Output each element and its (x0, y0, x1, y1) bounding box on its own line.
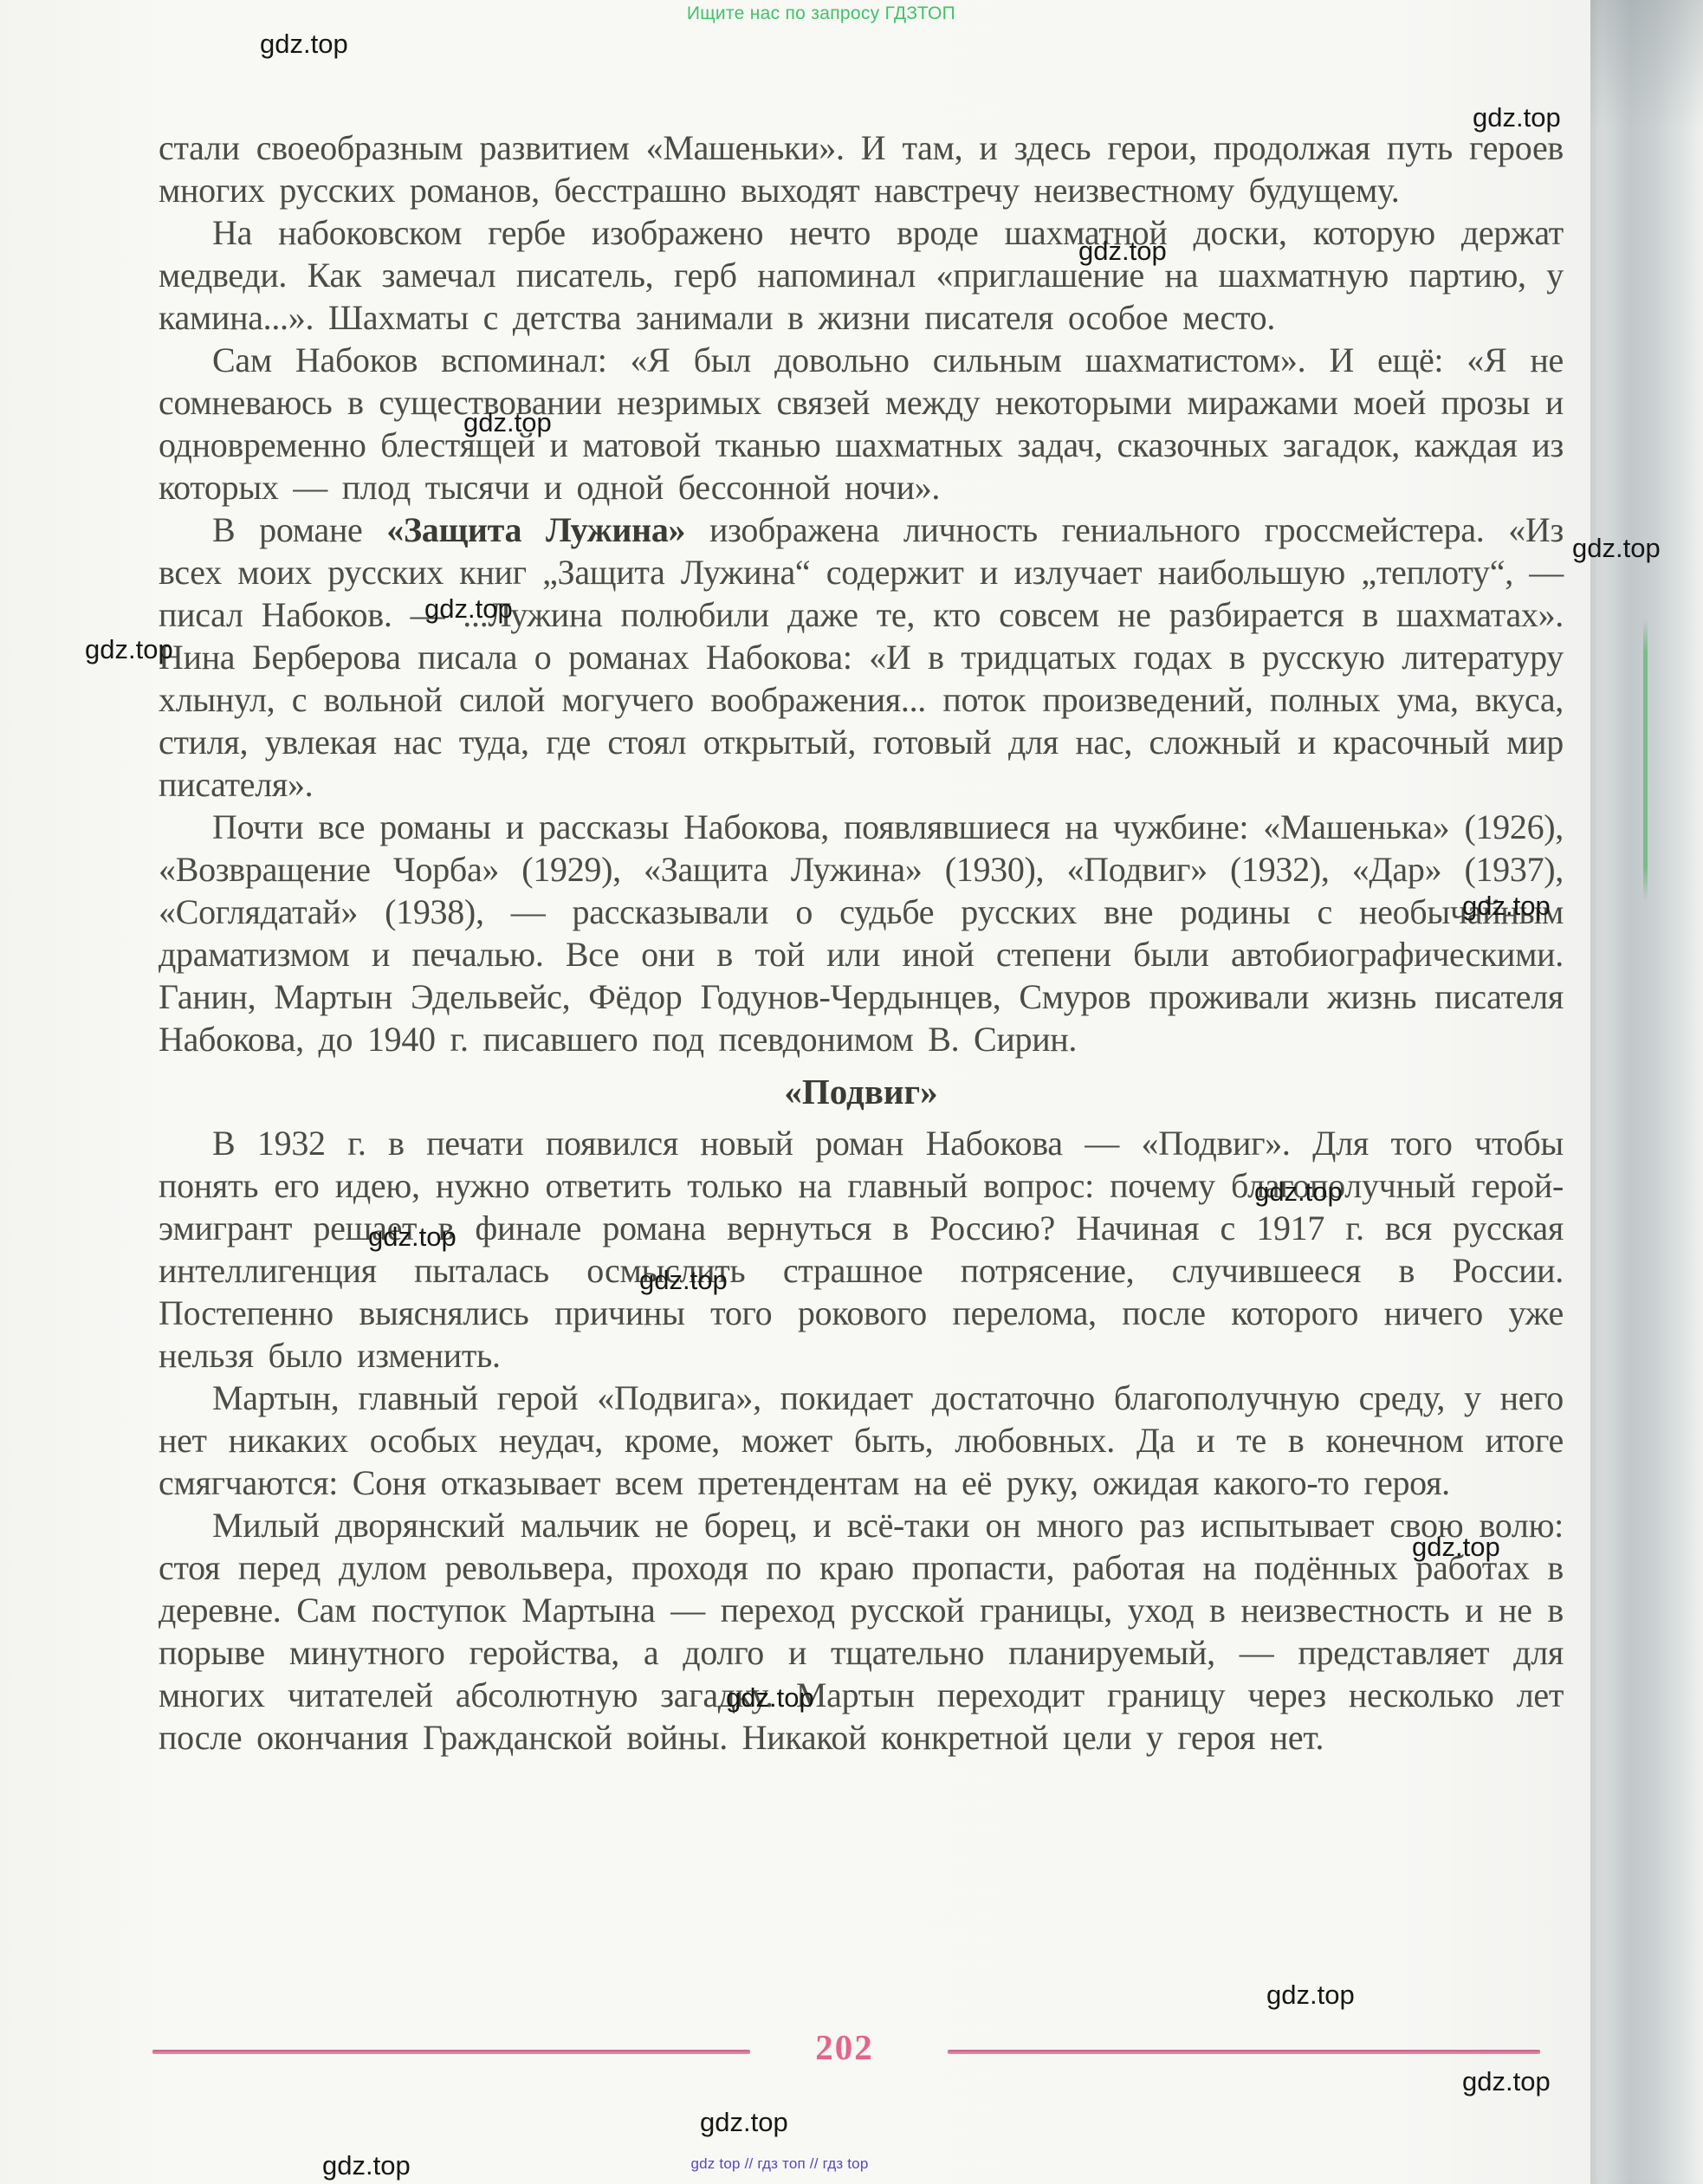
page-edge-green-line (1643, 619, 1648, 901)
header-promo-note: Ищите нас по запросу ГДЗТОП (0, 3, 1642, 24)
footer-site-note: gdz top // гдз топ // гдз top (520, 2155, 1039, 2173)
paragraph: Милый дворянский мальчик не борец, и всё… (159, 1504, 1564, 1759)
footer-rule-left (152, 2050, 750, 2054)
gdz-watermark: gdz.top (1462, 2066, 1551, 2097)
gdz-watermark: gdz.top (1078, 236, 1167, 267)
gdz-watermark: gdz.top (1473, 102, 1561, 133)
gdz-watermark: gdz.top (1412, 1532, 1500, 1563)
gdz-watermark: gdz.top (463, 407, 552, 438)
page-edge-shadow (1590, 0, 1703, 2184)
gdz-watermark: gdz.top (1572, 533, 1661, 564)
gdz-watermark: gdz.top (1266, 1980, 1355, 2011)
gdz-watermark: gdz.top (322, 2150, 411, 2181)
footer-rule-right (948, 2050, 1540, 2054)
section-heading: «Подвиг» (159, 1071, 1564, 1113)
gdz-watermark: gdz.top (639, 1265, 728, 1296)
scanned-book-page: { "page": { "header_note": "Ищите нас по… (0, 0, 1703, 2184)
paragraph: Мартын, главный герой «Подвига», покидае… (159, 1377, 1564, 1504)
gdz-watermark: gdz.top (424, 593, 513, 625)
paragraph: Почти все романы и рассказы Набокова, по… (159, 806, 1564, 1060)
gdz-watermark: gdz.top (368, 1222, 457, 1253)
paragraph: В романе «Защита Лужина» изображена личн… (159, 509, 1564, 806)
page-number: 202 (780, 2026, 910, 2068)
gdz-watermark: gdz.top (726, 1682, 814, 1714)
gdz-watermark: gdz.top (700, 2107, 788, 2138)
gdz-watermark: gdz.top (260, 29, 348, 60)
page-text: стали своеобразным развитием «Машеньки».… (159, 126, 1564, 1759)
gdz-watermark: gdz.top (85, 634, 173, 665)
gdz-watermark: gdz.top (1462, 891, 1551, 922)
paragraph: стали своеобразным развитием «Машеньки».… (159, 126, 1564, 211)
gdz-watermark: gdz.top (1254, 1176, 1343, 1208)
paragraph: На набоковском гербе изображено нечто вр… (159, 211, 1564, 339)
paragraph: Сам Набоков вспоминал: «Я был довольно с… (159, 339, 1564, 509)
